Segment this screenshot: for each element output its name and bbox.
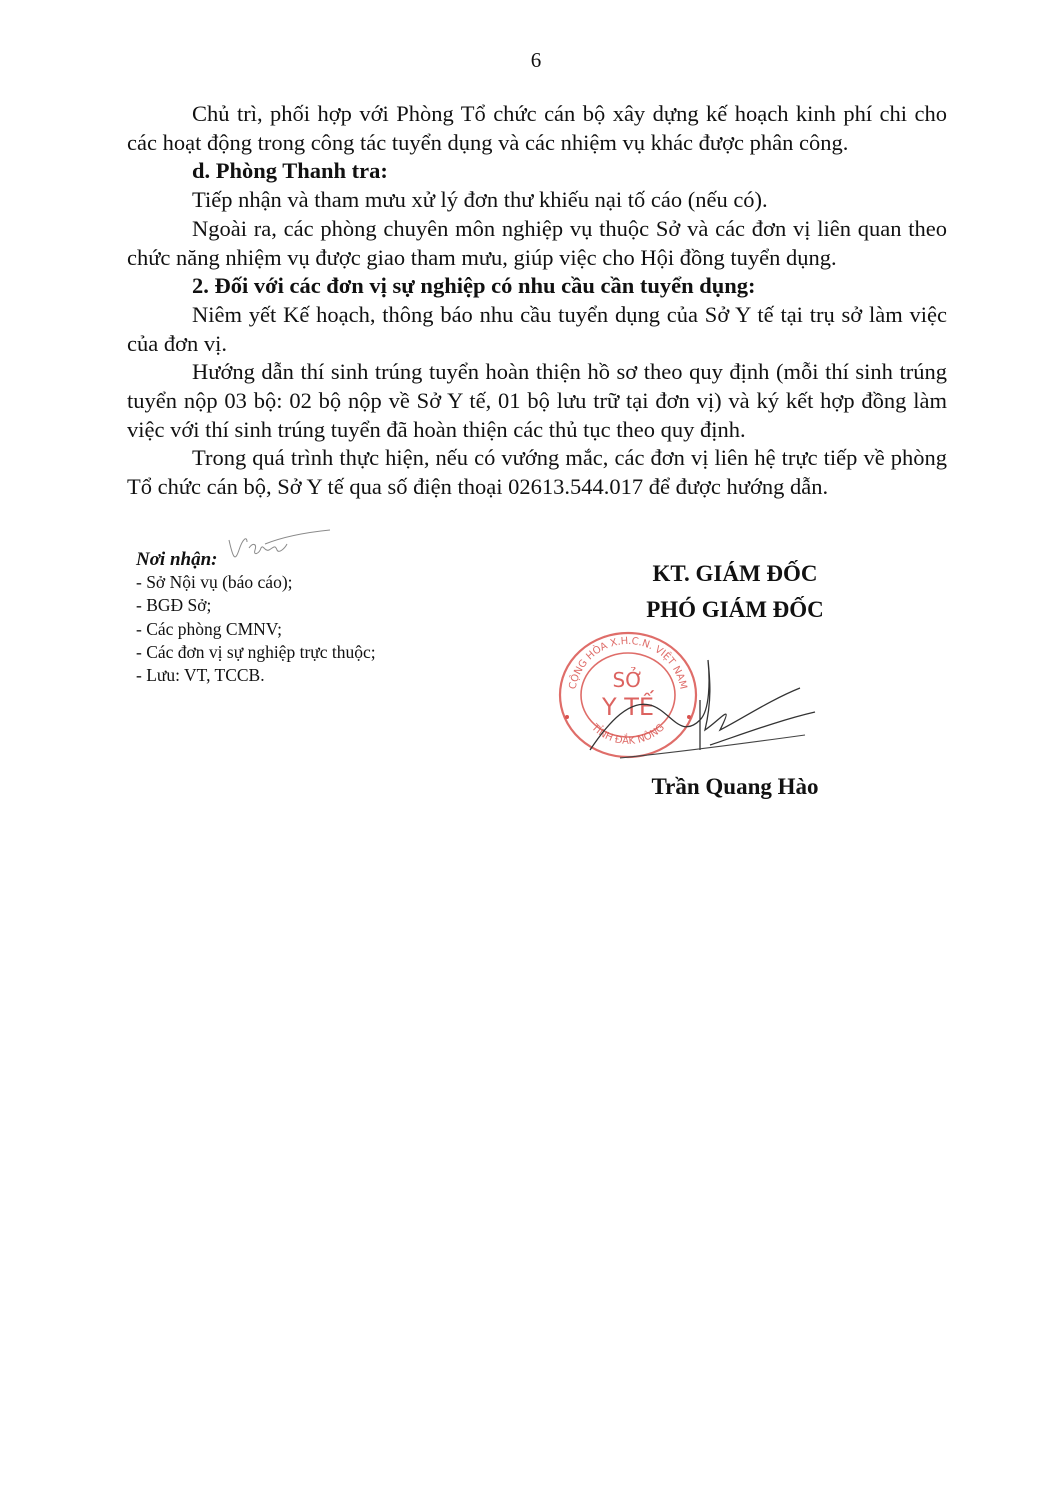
document-body: Chủ trì, phối hợp với Phòng Tổ chức cán …	[127, 100, 947, 502]
paragraph: Chủ trì, phối hợp với Phòng Tổ chức cán …	[127, 100, 947, 157]
recipient-item: - Lưu: VT, TCCB.	[136, 664, 376, 687]
recipient-item: - Các phòng CMNV;	[136, 618, 376, 641]
recipients-block: Nơi nhận: - Sở Nội vụ (báo cáo); - BGĐ S…	[136, 548, 376, 687]
document-page: 6 Chủ trì, phối hợp với Phòng Tổ chức cá…	[0, 0, 1060, 1500]
paragraph: Tiếp nhận và tham mưu xử lý đơn thư khiế…	[127, 186, 947, 215]
recipient-item: - Các đơn vị sự nghiệp trực thuộc;	[136, 641, 376, 664]
signer-title-line1: KT. GIÁM ĐỐC	[620, 556, 850, 592]
paragraph: Ngoài ra, các phòng chuyên môn nghiệp vụ…	[127, 215, 947, 272]
signer-title: KT. GIÁM ĐỐC PHÓ GIÁM ĐỐC	[620, 556, 850, 628]
section-heading: 2. Đối với các đơn vị sự nghiệp có nhu c…	[127, 272, 947, 301]
recipient-item: - BGĐ Sở;	[136, 594, 376, 617]
paragraph: Niêm yết Kế hoạch, thông báo nhu cầu tuy…	[127, 301, 947, 358]
paragraph: Trong quá trình thực hiện, nếu có vướng …	[127, 444, 947, 501]
page-number: 6	[0, 48, 1060, 73]
recipient-item: - Sở Nội vụ (báo cáo);	[136, 571, 376, 594]
section-heading: d. Phòng Thanh tra:	[127, 157, 947, 186]
handwritten-signature-icon	[560, 640, 820, 760]
initials-scribble-icon	[225, 528, 335, 568]
signer-name: Trần Quang Hào	[620, 774, 850, 800]
signer-title-line2: PHÓ GIÁM ĐỐC	[620, 592, 850, 628]
paragraph: Hướng dẫn thí sinh trúng tuyển hoàn thiệ…	[127, 358, 947, 444]
